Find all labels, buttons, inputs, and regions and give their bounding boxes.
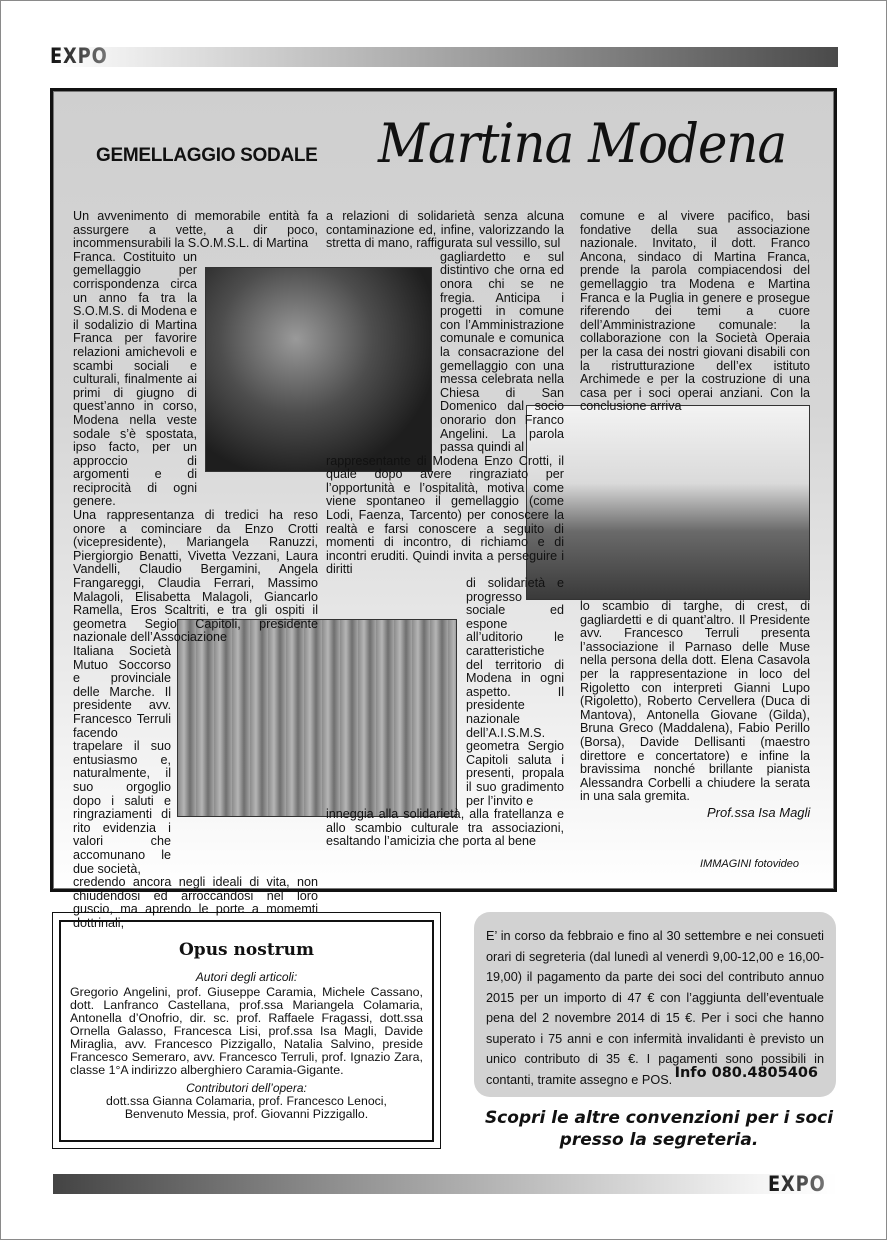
opus-nostrum-box: Opus nostrum Autori degli articoli: Greg…: [52, 912, 441, 1149]
article-title: Martina Modena: [378, 112, 786, 175]
column-3-intro: comune e al vivere pacifico, basi fondat…: [580, 210, 810, 414]
opus-contributors-line-2: Benvenuto Messia, prof. Giovanni Pizziga…: [69, 1108, 424, 1121]
column-2-wrap2: di solidarietà e progresso sociale ed es…: [466, 577, 564, 808]
promo-line-2: presso la segreteria.: [478, 1129, 840, 1151]
notice-phone: Info 080.4805406: [675, 1065, 818, 1081]
column-2-outro: inneggia alla solidarietà, alla fratella…: [326, 808, 564, 849]
opus-nostrum-inner: Opus nostrum Autori degli articoli: Greg…: [59, 920, 434, 1142]
photo-conference-hall: [526, 405, 810, 600]
article-author: Prof.ssa Isa Magli: [707, 805, 810, 820]
footer-section-label: EXPO: [768, 1173, 826, 1195]
article-kicker: GEMELLAGGIO SODALE: [96, 145, 318, 167]
header-section-label: EXPO: [50, 45, 108, 67]
membership-fee-notice: E’ in corso da febbraio e fino al 30 set…: [474, 912, 836, 1097]
column-2-intro: a relazioni di solidarietà senza alcuna …: [326, 210, 564, 251]
footer-gradient-band: [53, 1174, 838, 1194]
column-1-para2: Una rappresentanza di tredici ha reso on…: [73, 509, 318, 645]
column-2-wrap: gagliardetto e sul distintivo che orna e…: [440, 251, 564, 455]
opus-title: Opus nostrum: [61, 940, 432, 960]
column-2-para2: rappresentante di Modena Enzo Crotti, il…: [326, 455, 564, 577]
column-1-intro: Un avvenimento di memorabile entità fa a…: [73, 210, 318, 251]
column-1-wrap: Franca. Costituito un gemellaggio per co…: [73, 251, 197, 509]
column-1-wrap2: Italiana Società Mutuo Soccorso e provin…: [73, 645, 171, 876]
header-gradient-band: [50, 47, 838, 67]
article-column-3: comune e al vivere pacifico, basi fondat…: [580, 210, 810, 414]
opus-authors-list: Gregorio Angelini, prof. Giuseppe Carami…: [70, 986, 423, 1077]
article-column-1: Un avvenimento di memorabile entità fa a…: [73, 210, 318, 930]
opus-authors-label: Autori degli articoli:: [61, 970, 432, 984]
photo-credit: IMMAGINI fotovideo: [700, 858, 799, 870]
promo-conventions: Scopri le altre convenzioni per i soci p…: [478, 1107, 840, 1151]
promo-line-1: Scopri le altre convenzioni per i soci: [478, 1107, 840, 1129]
article-column-2: a relazioni di solidarietà senza alcuna …: [326, 210, 564, 849]
article-column-3-lower: lo scambio di targhe, di crest, di gagli…: [580, 600, 810, 804]
opus-contributors-label: Contributori dell’opera:: [61, 1081, 432, 1095]
column-3-outro: lo scambio di targhe, di crest, di gagli…: [580, 600, 810, 804]
